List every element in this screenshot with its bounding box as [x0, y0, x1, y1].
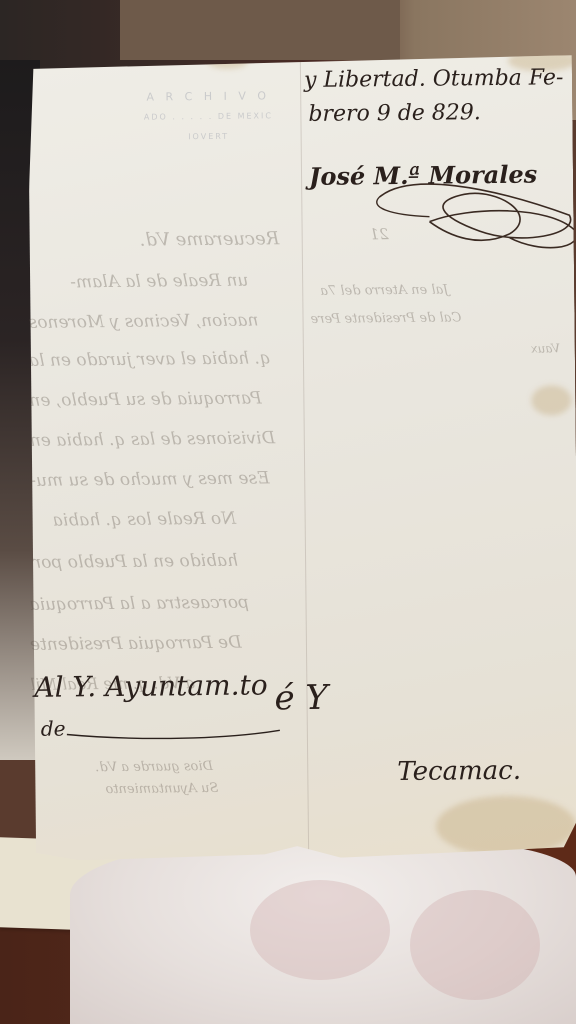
bleed-through-line: Divisiones de las q. habia en — [30, 428, 276, 451]
archive-stamp: A R C H I V O ADO . . . . . DE MEXIC IOV… — [88, 86, 329, 179]
header-line: y Libertad. Otumba Fe- — [304, 65, 564, 93]
paper-fold-line — [300, 58, 309, 858]
bleed-through-line: q. habia el aver jurado en la — [29, 348, 271, 371]
bleed-through-line: De Parroquia Presidente — [30, 633, 242, 655]
header-line: brero 9 de 829. — [308, 100, 481, 127]
bleed-through-line: Dios guarde a Vd. — [95, 759, 213, 775]
bleed-through-line: Su Ayuntamiento — [105, 781, 218, 797]
stamp-line: A R C H I V O — [88, 86, 328, 109]
bleed-through-line: Ese mes y mucho de su mu- — [30, 468, 270, 491]
signature-flourish-icon — [369, 175, 576, 267]
bleed-through-line: Parroquia de su Pueblo, en — [29, 388, 262, 410]
background-box — [120, 0, 400, 60]
bleed-through-line: Recuerame Vd. — [140, 228, 280, 250]
bleed-through-line: Vaux — [531, 341, 560, 355]
handwritten-letter: A R C H I V O ADO . . . . . DE MEXIC IOV… — [28, 55, 576, 861]
destination-town: Tecamac. — [397, 756, 521, 787]
stamp-line: IOVERT — [89, 126, 329, 149]
glove-fold — [410, 890, 540, 1000]
address-line-end: é Y — [274, 678, 328, 719]
paper-stain — [531, 385, 571, 415]
bleed-through-line: Jal en Aterro del 7a — [320, 282, 448, 298]
bleed-through-line: porcaestra a la Parroquia — [29, 593, 249, 615]
glove-fold — [250, 880, 390, 980]
stamp-line: ADO . . . . . DE MEXIC — [88, 106, 328, 129]
bleed-through-line: un Reale de la Alam- — [70, 271, 248, 293]
paper-stain — [436, 795, 576, 856]
bleed-through-line: nacion, Vecinos y Morenos — [28, 310, 258, 332]
bleed-through-line: habido en la Pueblo por — [33, 551, 238, 573]
bleed-through-line: Cal de Presidente Pere — [310, 310, 461, 327]
address-underline-icon — [65, 722, 285, 744]
gloved-hand — [70, 840, 576, 1024]
bleed-through-line: No Reale los q. habia — [53, 509, 237, 531]
address-line: Al Y. Ayuntam.to — [34, 668, 268, 703]
address-line: de — [41, 717, 66, 741]
